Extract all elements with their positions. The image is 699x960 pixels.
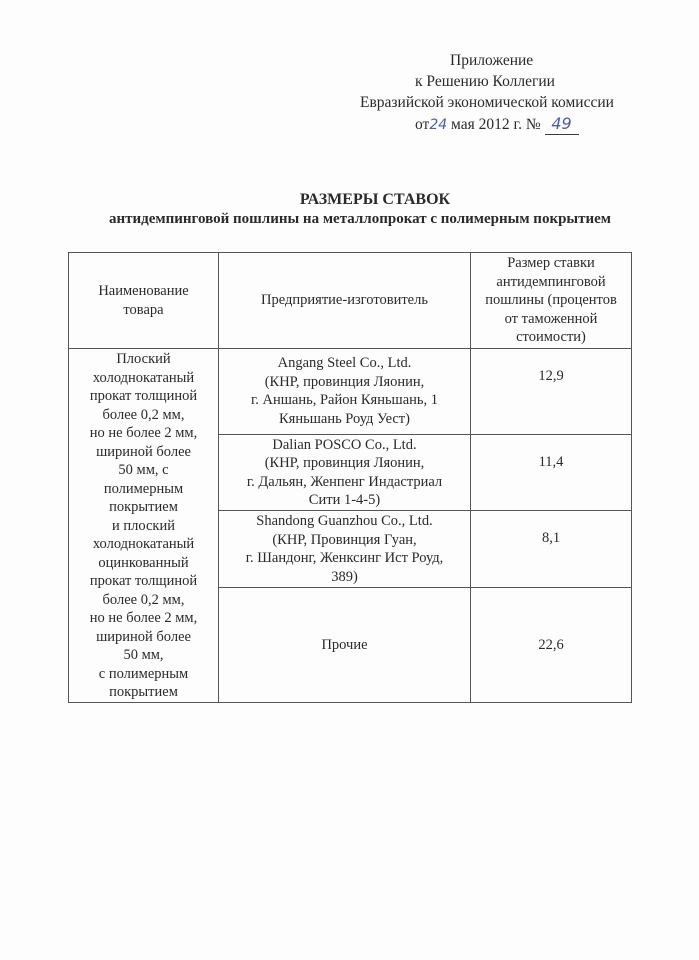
title-subtitle: антидемпинговой пошлины на металлопрокат… [60,210,660,228]
rate-cell: 11,4 [471,434,632,511]
date-prefix: от [415,116,429,133]
appendix-reference: к Решению Коллегии [415,71,620,92]
manufacturer-cell: Shandong Guanzhou Co., Ltd. (КНР, Провин… [219,511,471,588]
rate-cell: 22,6 [471,588,632,702]
handwritten-day: 24 [429,117,447,133]
document-title: РАЗМЕРЫ СТАВОК антидемпинговой пошлины н… [60,190,660,228]
appendix-date-line: от24 мая 2012 г. № 49 [415,113,620,136]
date-rest: мая 2012 г. № [451,116,541,133]
product-name-cell: Плоский холоднокатаный прокат толщиной б… [69,349,219,703]
header-product: Наименование товара [69,253,219,349]
manufacturer-cell: Прочие [219,588,471,702]
manufacturer-cell: Dalian POSCO Co., Ltd. (КНР, провинция Л… [219,434,471,511]
header-manufacturer: Предприятие-изготовитель [219,253,471,349]
rate-cell: 12,9 [471,349,632,435]
duty-rates-table: Наименование товара Предприятие-изготови… [68,252,632,703]
rate-cell: 8,1 [471,511,632,588]
manufacturer-cell: Angang Steel Co., Ltd. (КНР, провинция Л… [219,349,471,435]
header-rate: Размер ставки антидемпинговой пошлины (п… [471,253,632,349]
title-main: РАЗМЕРЫ СТАВОК [60,190,660,210]
table-header-row: Наименование товара Предприятие-изготови… [69,253,632,349]
appendix-title: Приложение [450,50,620,71]
appendix-header: Приложение к Решению Коллегии Евразийско… [340,50,620,136]
table-row: Плоский холоднокатаный прокат толщиной б… [69,349,632,435]
handwritten-decision-number: 49 [545,113,579,135]
appendix-commission: Евразийской экономической комиссии [360,92,620,113]
